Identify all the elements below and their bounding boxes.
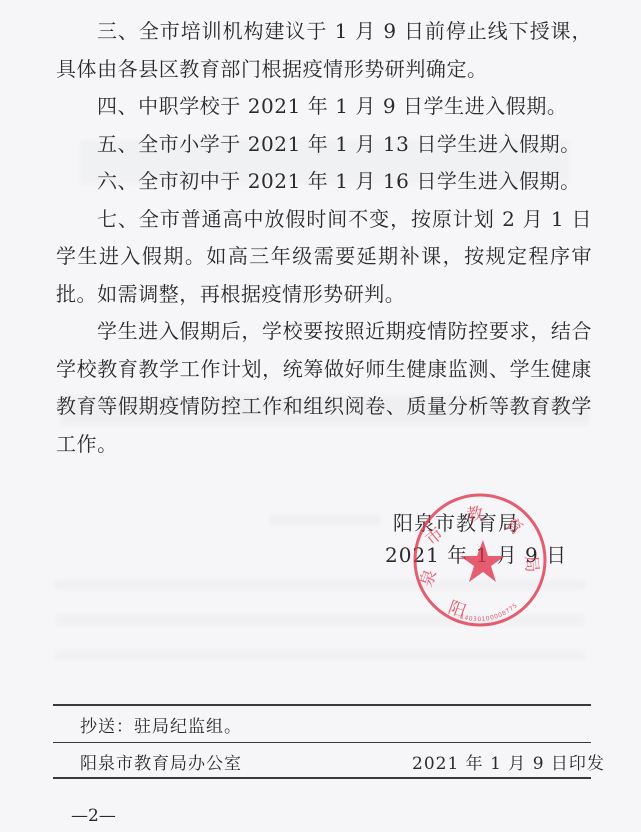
bleed-through <box>55 650 585 660</box>
bleed-through <box>270 515 380 525</box>
signature-date: 2021 年 1 月 9 日 <box>385 539 567 568</box>
page-number: —2— <box>71 806 116 826</box>
paragraph: 七、全市普通高中放假时间不变，按原计划 2 月 1 日学生进入假期。如高三年级需… <box>56 201 592 314</box>
paragraph: 学生进入假期后，学校要按照近期疫情防控要求，结合学校教育教学工作计划，统筹做好师… <box>56 313 592 463</box>
footer-rule-top <box>53 704 591 706</box>
paragraph: 六、全市初中于 2021 年 1 月 16 日学生进入假期。 <box>56 163 592 201</box>
paragraph: 四、中职学校于 2021 年 1 月 9 日学生进入假期。 <box>56 88 592 126</box>
document-page: 三、全市培训机构建议于 1 月 9 日前停止线下授课，具体由各县区教育部门根据疫… <box>0 0 641 832</box>
document-body: 三、全市培训机构建议于 1 月 9 日前停止线下授课，具体由各县区教育部门根据疫… <box>56 13 592 463</box>
footer-rule-middle <box>53 742 591 743</box>
footer-rule-bottom <box>53 777 591 779</box>
paragraph: 五、全市小学于 2021 年 1 月 13 日学生进入假期。 <box>56 126 592 164</box>
print-date: 2021 年 1 月 9 日印发 <box>412 749 605 774</box>
signature-organization: 阳泉市教育局 <box>393 507 519 536</box>
cc-line: 抄送：驻局纪监组。 <box>80 712 242 737</box>
issuing-office: 阳泉市教育局办公室 <box>80 749 242 774</box>
bleed-through <box>55 615 585 625</box>
bleed-through <box>55 580 585 590</box>
paragraph: 三、全市培训机构建议于 1 月 9 日前停止线下授课，具体由各县区教育部门根据疫… <box>56 13 592 88</box>
